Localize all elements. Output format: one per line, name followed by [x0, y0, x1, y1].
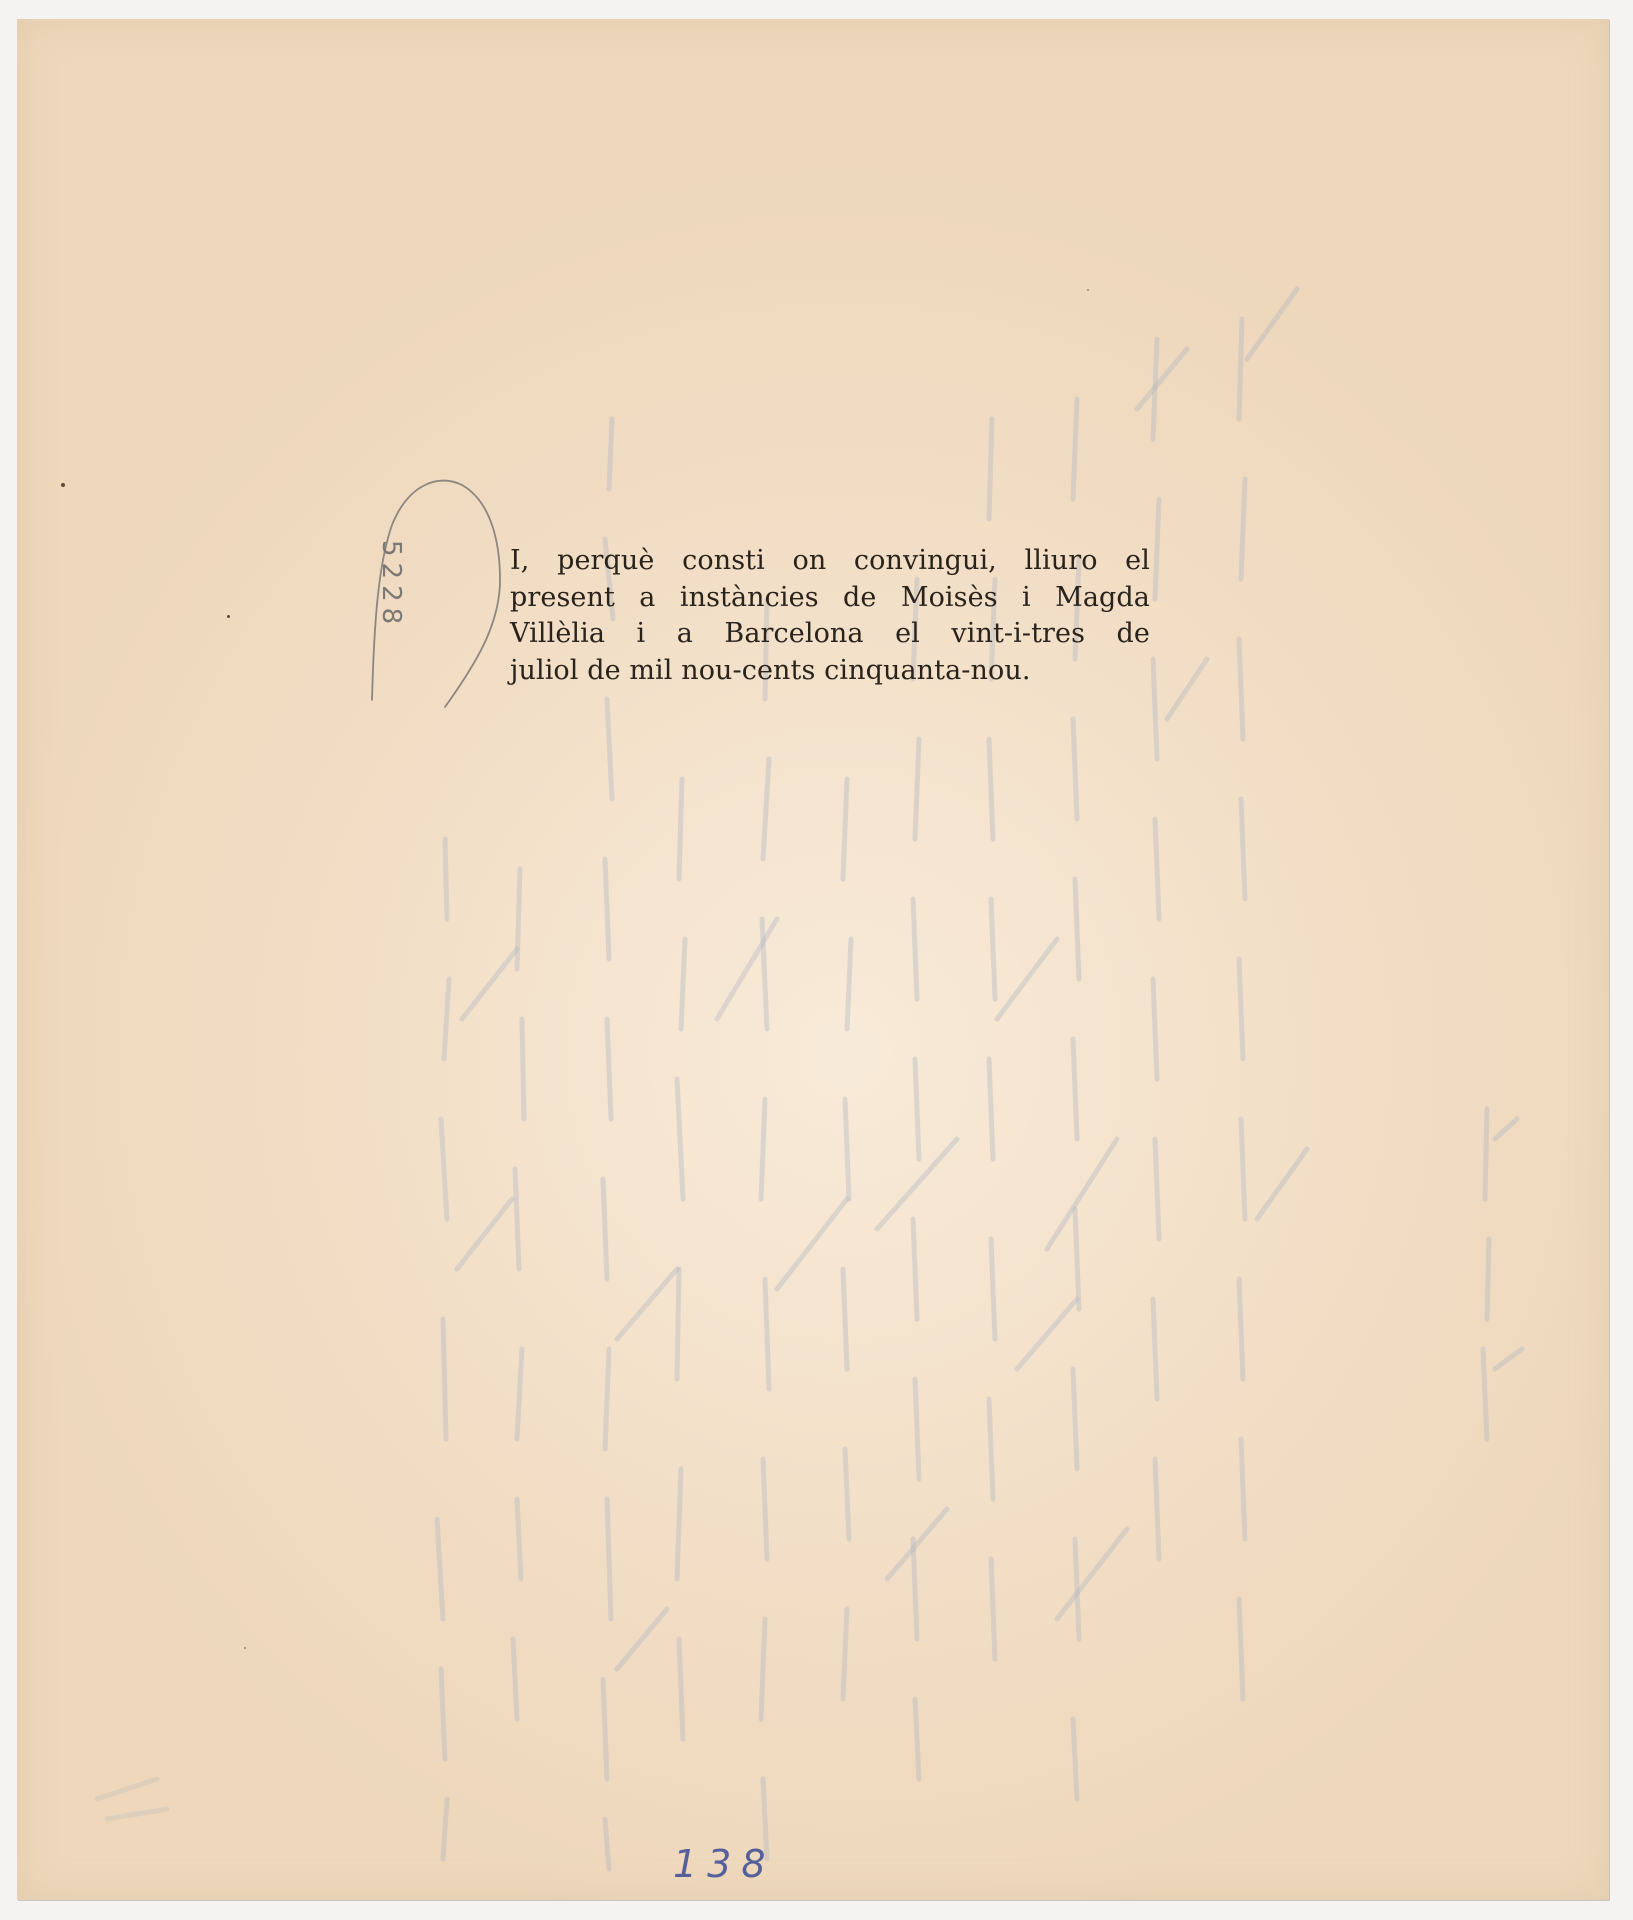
paragraph-line: I, perquè consti on convingui, lliuro el: [510, 543, 1150, 580]
paper-speck: [61, 483, 65, 487]
paragraph-line: Villèlia i a Barcelona el vint-i-tres de: [510, 616, 1150, 653]
certificate-closing-paragraph: I, perquè consti on convingui, lliuro el…: [510, 543, 1150, 689]
paper-speck: [244, 1647, 246, 1649]
paragraph-line: present a instàncies de Moisès i Magda: [510, 580, 1150, 617]
handwritten-page-number: 138: [673, 1842, 776, 1886]
paragraph-line: juliol de mil nou-cents cinquanta-nou.: [510, 653, 1100, 690]
paper-speck: [1087, 289, 1089, 291]
reverse-side-showthrough: [17, 19, 1609, 1900]
pencil-circled-number: 5228: [376, 540, 406, 630]
paper-speck: [227, 615, 230, 618]
document-page: [17, 19, 1609, 1900]
pencil-oval-annotation: [350, 455, 510, 715]
